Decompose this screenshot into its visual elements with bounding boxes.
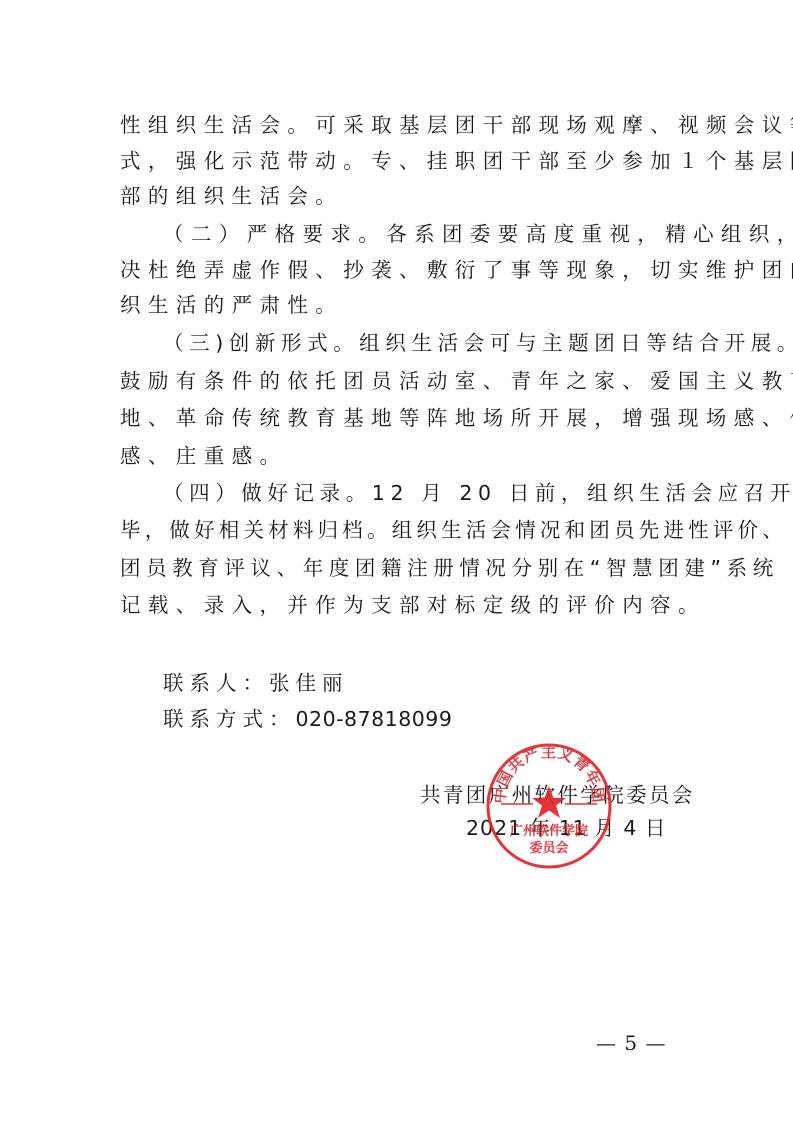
body-line: 织生活的严肃性。 (120, 290, 685, 320)
section-heading-line: （四）做好记录。12 月 20 日前，组织生活会应召开完 (163, 478, 728, 508)
body-line: 决杜绝弄虚作假、抄袭、敷衍了事等现象，切实维护团内组 (120, 255, 685, 285)
contact-person-label: 联系人： (163, 671, 269, 695)
contact-phone: 联系方式：020-87818099 (163, 704, 452, 734)
contact-person: 联系人：张佳丽 (163, 668, 349, 698)
page-number: — 5 — (596, 1030, 666, 1056)
body-line: 毕，做好相关材料归档。组织生活会情况和团员先进性评价、 (120, 515, 685, 545)
contact-phone-label: 联系方式： (163, 707, 296, 731)
signature-organization: 共青团广州软件学院委员会 (420, 780, 695, 810)
body-line: 鼓励有条件的依托团员活动室、青年之家、爱国主义教育基 (120, 366, 685, 396)
body-line: 感、庄重感。 (120, 441, 685, 471)
body-line: 记载、录入，并作为支部对标定级的评价内容。 (120, 590, 685, 620)
body-line: 式，强化示范带动。专、挂职团干部至少参加１个基层团支 (120, 146, 685, 176)
body-line: 部的组织生活会。 (120, 181, 685, 211)
signature-date: 2021 年 11 月 4 日 (466, 813, 666, 843)
body-line: 性组织生活会。可采取基层团干部现场观摩、视频会议等方 (120, 110, 685, 140)
contact-phone-value: 020-87818099 (296, 707, 453, 731)
section-heading-line: （三)创新形式。组织生活会可与主题团日等结合开展。 (163, 328, 728, 358)
body-line: 地、革命传统教育基地等阵地场所开展，增强现场感、仪式 (120, 403, 685, 433)
contact-person-name: 张佳丽 (269, 671, 349, 695)
document-page: 性组织生活会。可采取基层团干部现场观摩、视频会议等方 式，强化示范带动。专、挂职… (0, 0, 793, 1122)
section-heading-line: （二）严格要求。各系团委要高度重视，精心组织，坚 (163, 219, 728, 249)
body-line: 团员教育评议、年度团籍注册情况分别在“智慧团建”系统 (120, 553, 685, 583)
